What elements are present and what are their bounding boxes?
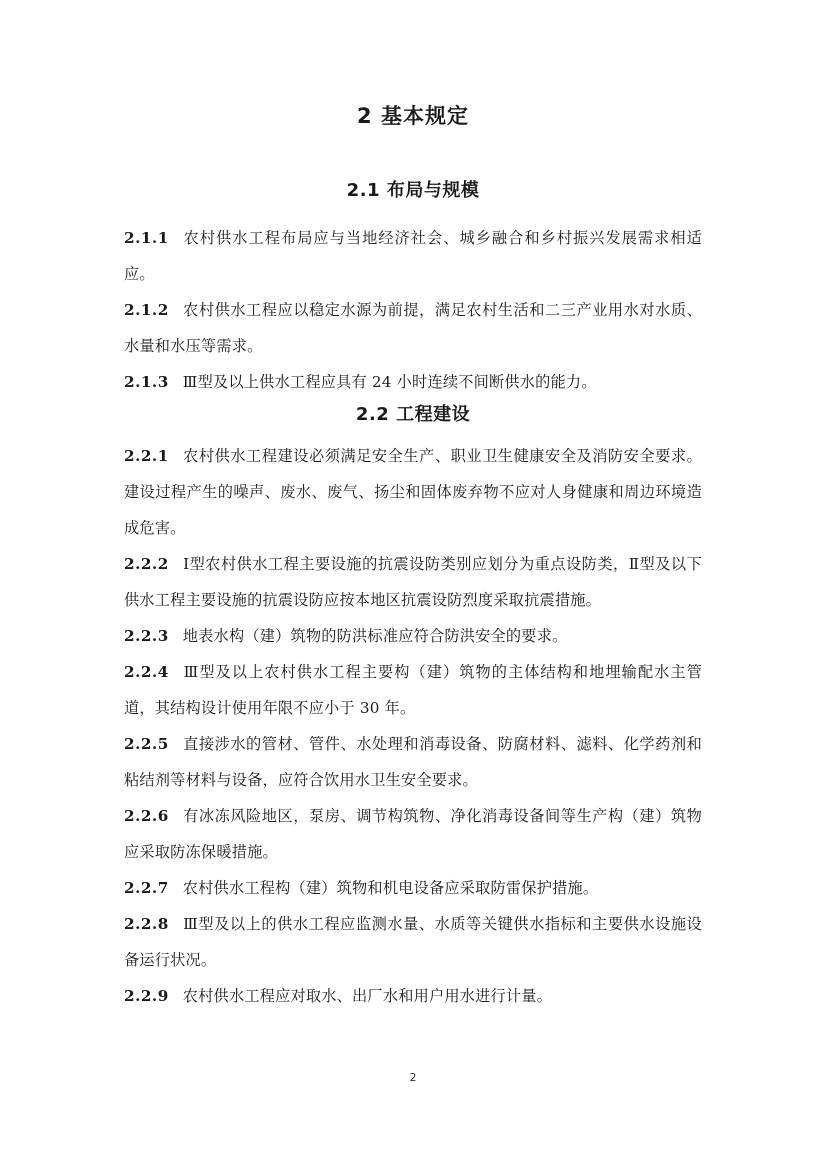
clause-number: 2.2.3 bbox=[124, 627, 169, 645]
clause-number: 2.2.9 bbox=[124, 987, 169, 1005]
document-page: 2 基本规定 2.1 布局与规模 2.1.1农村供水工程布局应与当地经济社会、城… bbox=[0, 0, 826, 1169]
clause-text: 农村供水工程构（建）筑物和机电设备应采取防雷保护措施。 bbox=[183, 879, 598, 897]
section-title-2-1: 2.1 布局与规模 bbox=[0, 176, 826, 202]
clause-2-2-1: 2.2.1农村供水工程建设必须满足安全生产、职业卫生健康安全及消防安全要求。建设… bbox=[124, 438, 702, 546]
clause-2-1-3: 2.1.3Ⅲ型及以上供水工程应具有 24 小时连续不间断供水的能力。 bbox=[124, 364, 702, 400]
clause-number: 2.1.2 bbox=[124, 301, 169, 319]
clause-text: Ⅲ型及以上供水工程应具有 24 小时连续不间断供水的能力。 bbox=[183, 373, 597, 391]
clause-number: 2.2.8 bbox=[124, 915, 169, 933]
clause-2-2-7: 2.2.7农村供水工程构（建）筑物和机电设备应采取防雷保护措施。 bbox=[124, 870, 702, 906]
page-number: 2 bbox=[0, 1071, 826, 1084]
clause-number: 2.2.5 bbox=[124, 735, 169, 753]
clause-number: 2.2.1 bbox=[124, 447, 169, 465]
clause-text: 农村供水工程布局应与当地经济社会、城乡融合和乡村振兴发展需求相适应。 bbox=[124, 229, 702, 283]
clause-text: 农村供水工程应以稳定水源为前提，满足农村生活和二三产业用水对水质、水量和水压等需… bbox=[124, 301, 702, 355]
clause-2-2-4: 2.2.4Ⅲ型及以上农村供水工程主要构（建）筑物的主体结构和地埋输配水主管道，其… bbox=[124, 654, 702, 726]
clause-number: 2.1.1 bbox=[124, 229, 169, 247]
clause-text: 农村供水工程应对取水、出厂水和用户用水进行计量。 bbox=[183, 987, 552, 1005]
clause-2-2-8: 2.2.8Ⅲ型及以上的供水工程应监测水量、水质等关键供水指标和主要供水设施设备运… bbox=[124, 906, 702, 978]
clause-2-2-3: 2.2.3地表水构（建）筑物的防洪标准应符合防洪安全的要求。 bbox=[124, 618, 702, 654]
clause-number: 2.2.6 bbox=[124, 807, 169, 825]
clause-2-1-2: 2.1.2农村供水工程应以稳定水源为前提，满足农村生活和二三产业用水对水质、水量… bbox=[124, 292, 702, 364]
section-title-2-2: 2.2 工程建设 bbox=[0, 400, 826, 426]
clause-number: 2.2.4 bbox=[124, 663, 169, 681]
clause-2-2-6: 2.2.6有冰冻风险地区，泵房、调节构筑物、净化消毒设备间等生产构（建）筑物应采… bbox=[124, 798, 702, 870]
clause-text: Ⅰ型农村供水工程主要设施的抗震设防类别应划分为重点设防类，Ⅱ型及以下供水工程主要… bbox=[124, 555, 702, 609]
clause-text: 直接涉水的管材、管件、水处理和消毒设备、防腐材料、滤料、化学药剂和粘结剂等材料与… bbox=[124, 735, 702, 789]
clause-2-2-2: 2.2.2Ⅰ型农村供水工程主要设施的抗震设防类别应划分为重点设防类，Ⅱ型及以下供… bbox=[124, 546, 702, 618]
clause-text: 有冰冻风险地区，泵房、调节构筑物、净化消毒设备间等生产构（建）筑物应采取防冻保暖… bbox=[124, 807, 702, 861]
clause-number: 2.1.3 bbox=[124, 373, 169, 391]
clause-text: Ⅲ型及以上农村供水工程主要构（建）筑物的主体结构和地埋输配水主管道，其结构设计使… bbox=[124, 663, 702, 717]
clause-text: 地表水构（建）筑物的防洪标准应符合防洪安全的要求。 bbox=[183, 627, 568, 645]
clause-number: 2.2.7 bbox=[124, 879, 169, 897]
clause-text: 农村供水工程建设必须满足安全生产、职业卫生健康安全及消防安全要求。建设过程产生的… bbox=[124, 447, 702, 537]
chapter-title: 2 基本规定 bbox=[0, 100, 826, 130]
clause-2-1-1: 2.1.1农村供水工程布局应与当地经济社会、城乡融合和乡村振兴发展需求相适应。 bbox=[124, 220, 702, 292]
clause-number: 2.2.2 bbox=[124, 555, 169, 573]
clause-text: Ⅲ型及以上的供水工程应监测水量、水质等关键供水指标和主要供水设施设备运行状况。 bbox=[124, 915, 702, 969]
clause-2-2-5: 2.2.5直接涉水的管材、管件、水处理和消毒设备、防腐材料、滤料、化学药剂和粘结… bbox=[124, 726, 702, 798]
clause-2-2-9: 2.2.9农村供水工程应对取水、出厂水和用户用水进行计量。 bbox=[124, 978, 702, 1014]
